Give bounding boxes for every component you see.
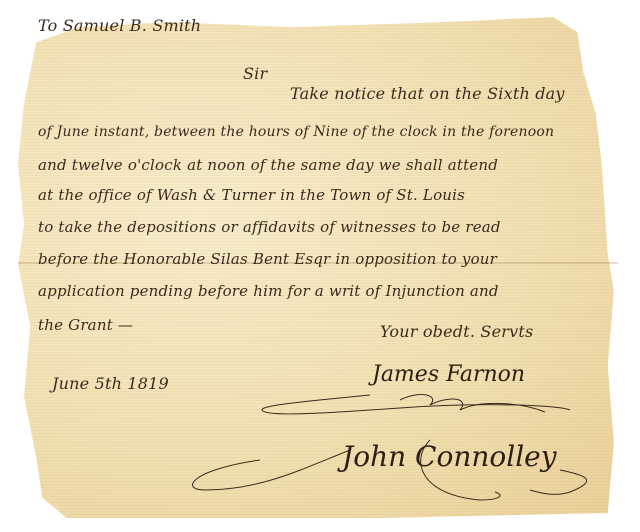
signature-flourish-icon bbox=[0, 0, 640, 532]
